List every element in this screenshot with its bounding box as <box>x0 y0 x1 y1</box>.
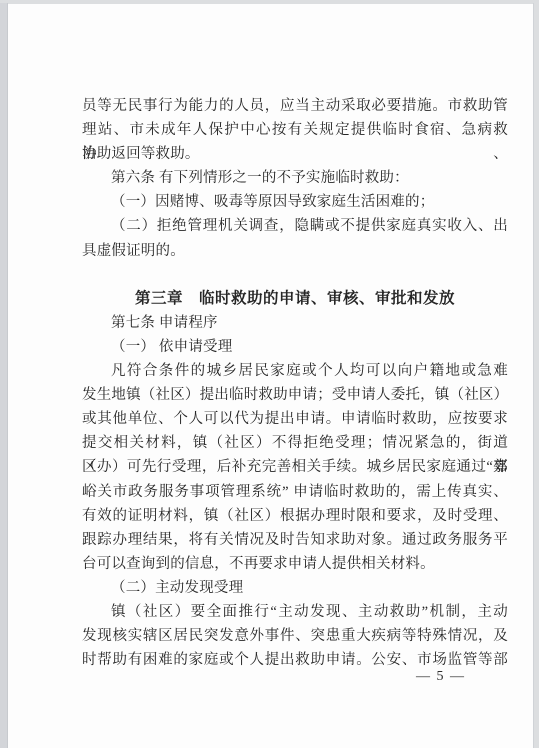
text-line: 提交相关材料，镇（社区）不得拒绝受理；情况紧急的，街道（郊 <box>82 431 508 455</box>
text-line: 或其他单位、个人可以代为提出申请。申请临时救助，应按要求 <box>82 407 508 431</box>
text-line: 峪关市政务服务事项管理系统” 申请临时救助的，需上传真实、 <box>82 480 508 504</box>
text-line: 发现核实辖区居民突发意外事件、突患重大疾病等特殊情况，及 <box>82 624 508 648</box>
text-line: 发生地镇（社区）提出临时救助申请；受申请人委托，镇（社区） <box>82 383 508 407</box>
scanned-document-page: 员等无民事行为能力的人员，应当主动采取必要措施。市救助管理站、市未成年人保护中心… <box>0 0 539 748</box>
text-line: 员等无民事行为能力的人员，应当主动采取必要措施。市救助管 <box>82 94 508 118</box>
scan-edge-top <box>0 0 539 4</box>
scan-edge-left <box>0 3 8 748</box>
text-line: 具虚假证明的。 <box>82 239 508 263</box>
text-line: 第七条 申请程序 <box>82 311 508 335</box>
text-line: （一）因赌博、吸毒等原因导致家庭生活困难的； <box>82 190 508 214</box>
scan-edge-right <box>533 3 539 748</box>
text-line: 理站、市未成年人保护中心按有关规定提供临时食宿、急病救治、 <box>82 118 508 142</box>
page-number: — 5 — <box>416 669 466 685</box>
text-line: （二）拒绝管理机关调查，隐瞒或不提供家庭真实收入、出 <box>82 214 508 238</box>
document-text: 员等无民事行为能力的人员，应当主动采取必要措施。市救助管理站、市未成年人保护中心… <box>82 94 508 672</box>
text-line: 凡符合条件的城乡居民家庭或个人均可以向户籍地或急难 <box>82 359 508 383</box>
chapter-heading: 第三章 临时救助的申请、审核、审批和发放 <box>82 287 508 311</box>
text-line: 区办）可先行受理，后补充完善相关手续。城乡居民家庭通过“嘉 <box>82 455 508 479</box>
text-line: （二）主动发现受理 <box>82 576 508 600</box>
text-line: 跟踪办理结果，将有关情况及时告知求助对象。通过政务服务平 <box>82 528 508 552</box>
text-line <box>82 263 508 287</box>
text-line: 镇（社区）要全面推行“主动发现、主动救助”机制，主动 <box>82 600 508 624</box>
text-line: 台可以查询到的信息，不再要求申请人提供相关材料。 <box>82 552 508 576</box>
text-line: 有效的证明材料，镇（社区）根据办理时限和要求，及时受理、 <box>82 504 508 528</box>
text-line: 第六条 有下列情形之一的不予实施临时救助： <box>82 166 508 190</box>
text-line: （一） 依申请受理 <box>82 335 508 359</box>
